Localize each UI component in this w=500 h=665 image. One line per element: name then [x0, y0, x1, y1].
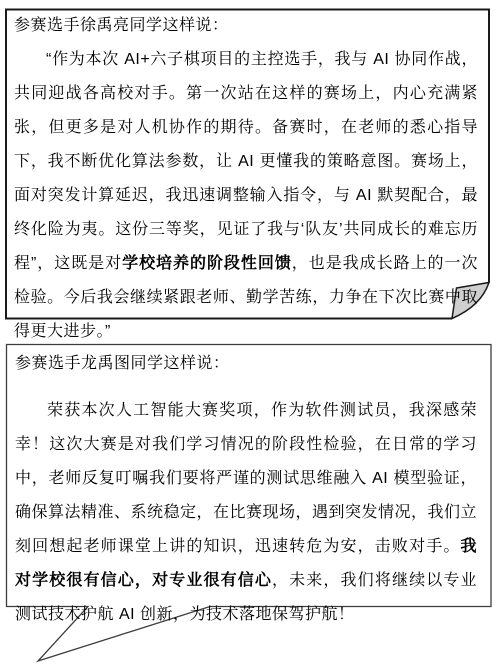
document-page: 参赛选手徐禹亮同学这样说： “作为本次 AI+六子棋项目的主控选手，我与 AI …: [0, 0, 500, 665]
quote-1-text-before: “作为本次 AI+六子棋项目的主控选手，我与 AI 协同作战，共同迎战各高校对手…: [14, 51, 478, 272]
quote-2-text-before: 荣获本次人工智能大赛奖项，作为软件测试员，我深感荣幸！这次大赛是对我们学习情况的…: [15, 402, 477, 555]
callout-2-content: 参赛选手龙禹图同学这样说： 荣获本次人工智能大赛奖项，作为软件测试员，我深感荣幸…: [15, 347, 477, 632]
callout-1-content: 参赛选手徐禹亮同学这样说： “作为本次 AI+六子棋项目的主控选手，我与 AI …: [14, 9, 478, 349]
quote-1-bold-phrase: 学校培养的阶段性回馈: [122, 255, 292, 272]
speaker-line-2: 参赛选手龙禹图同学这样说：: [15, 347, 477, 381]
quote-paragraph-2: 荣获本次人工智能大赛奖项，作为软件测试员，我深感荣幸！这次大赛是对我们学习情况的…: [15, 394, 477, 632]
quote-paragraph-1: “作为本次 AI+六子棋项目的主控选手，我与 AI 协同作战，共同迎战各高校对手…: [14, 43, 478, 349]
speaker-line-1: 参赛选手徐禹亮同学这样说：: [14, 9, 478, 43]
